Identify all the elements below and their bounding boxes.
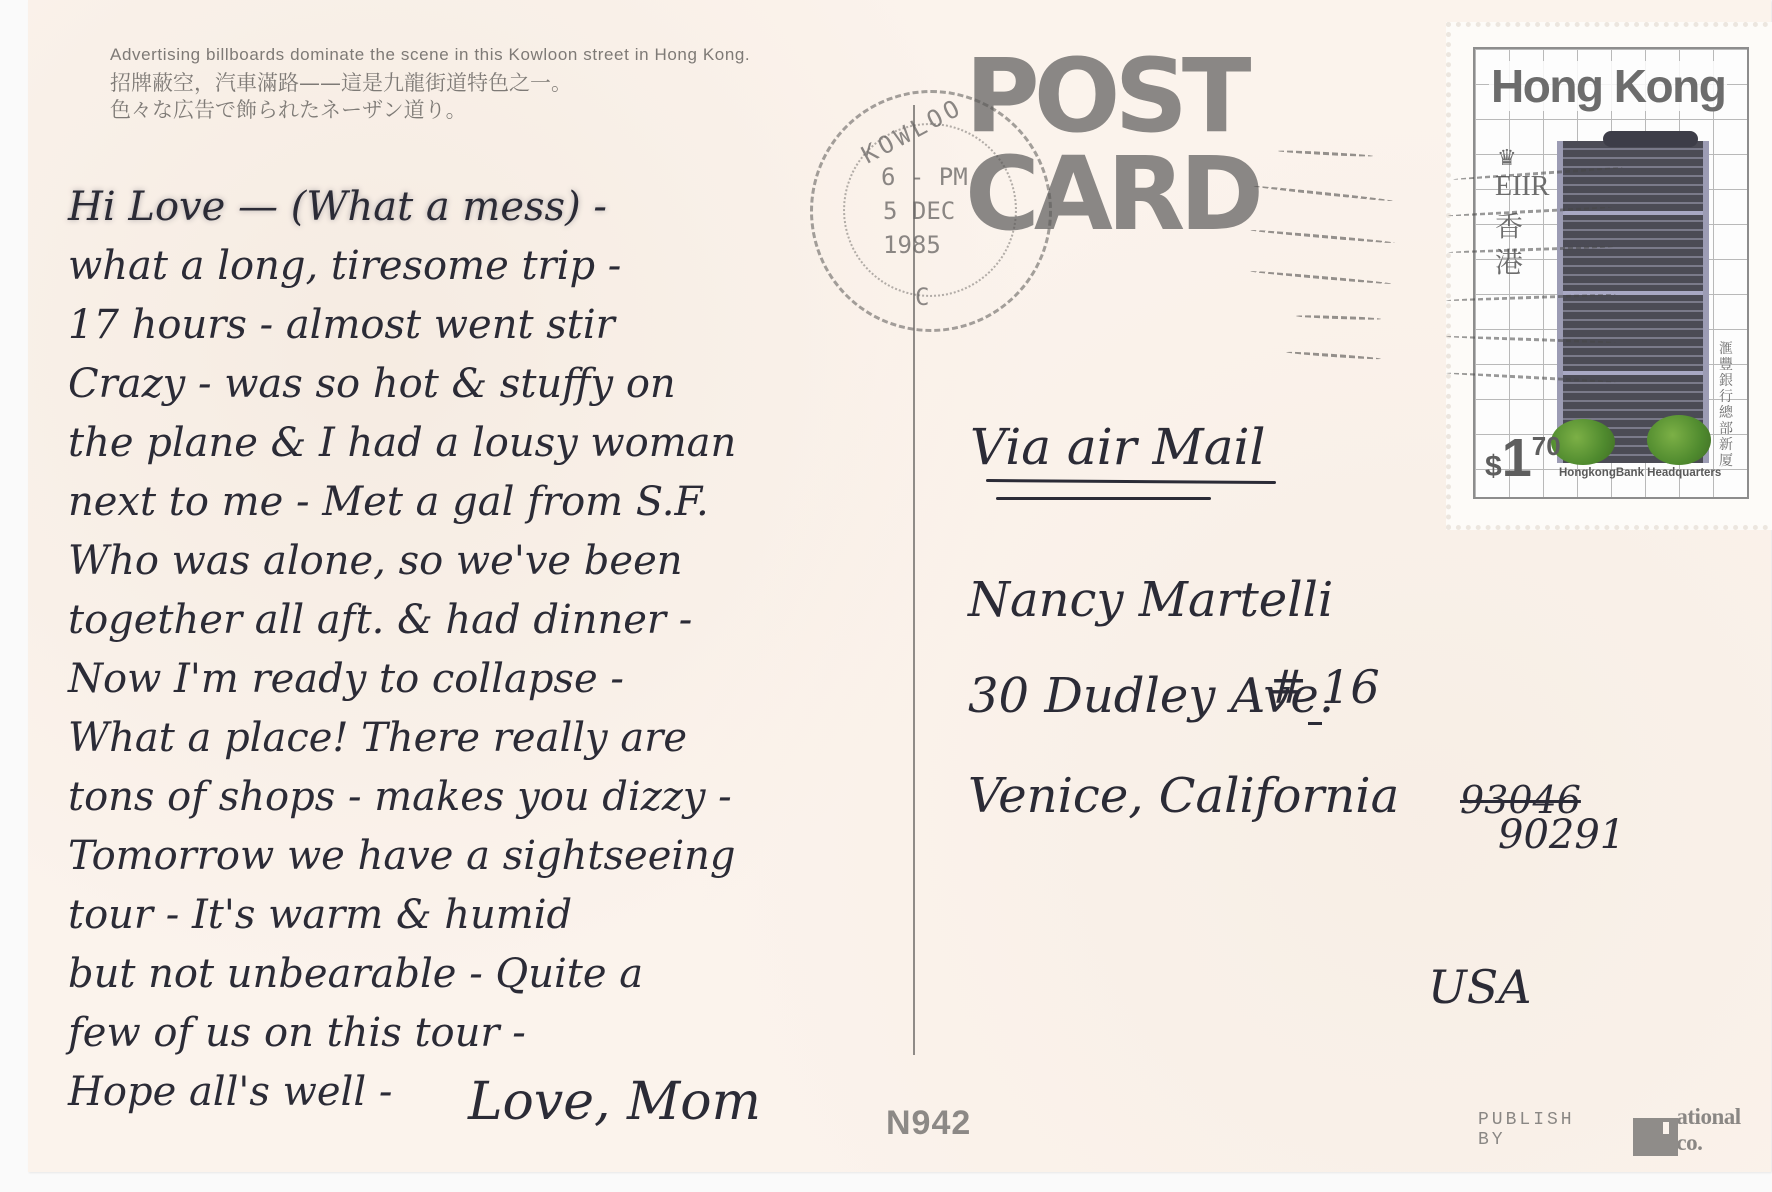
stamp-chinese-name: 香港: [1495, 209, 1527, 281]
postmark-circle: KOWLOO 6 - PM 5 DEC 1985 C: [810, 90, 1052, 332]
stamp-frame: Hong Kong ♛ EIIR 香港 滙豐銀行總部新厦 $170 Hongko…: [1473, 47, 1749, 499]
message-line: Crazy - was so hot & stuffy on: [68, 355, 736, 414]
postcard-back: Advertising billboards dominate the scen…: [28, 0, 1771, 1172]
cancel-wave-line: [1250, 270, 1392, 285]
cancel-wave-line: [1250, 229, 1395, 245]
postage-stamp: Hong Kong ♛ EIIR 香港 滙豐銀行總部新厦 $170 Hongko…: [1446, 22, 1772, 530]
stamp-value: $170: [1485, 427, 1561, 489]
value-symbol: $: [1485, 450, 1502, 483]
airmail-note: Via air Mail: [970, 418, 1266, 476]
apartment-underline: [1308, 722, 1322, 725]
postmark-date: 5 DEC: [883, 197, 955, 225]
tower-roof: [1603, 131, 1698, 147]
airmail-underline: [996, 497, 1211, 500]
message-line: Tomorrow we have a sightseeing: [68, 827, 736, 886]
publisher-credit: PUBLISH BY ational co.: [1478, 1104, 1771, 1156]
value-dollars: 1: [1502, 428, 1532, 488]
recipient-apartment: # 16: [1268, 660, 1380, 714]
photo-caption: Advertising billboards dominate the scen…: [110, 44, 870, 121]
cancel-wave-line: [1296, 315, 1381, 321]
message-line: Now I'm ready to collapse -: [68, 650, 736, 709]
postmark-code: C: [915, 283, 929, 311]
publisher-logo: ational co.: [1633, 1104, 1771, 1156]
postmark-year: 1985: [883, 231, 941, 259]
message-line: 17 hours - almost went stir: [68, 296, 736, 355]
stamp-chinese-caption: 滙豐銀行總部新厦: [1719, 341, 1735, 469]
message-line: What a place! There really are: [68, 709, 736, 768]
message-line: the plane & I had a lousy woman: [68, 414, 736, 473]
message-line: few of us on this tour -: [68, 1004, 736, 1063]
message-line: tons of shops - makes you dizzy -: [68, 768, 736, 827]
recipient-city-state: Venice, California: [968, 768, 1399, 824]
message-line: what a long, tiresome trip -: [68, 237, 736, 296]
value-cents: 70: [1532, 431, 1561, 461]
caption-chinese: 招牌蔽空，汽車滿路——這是九龍街道特色之一。: [110, 73, 870, 94]
message-line: Hi Love — (What a mess) -: [68, 178, 736, 237]
message-line: Who was alone, so we've been: [68, 532, 736, 591]
postmark-time: 6 - PM: [881, 163, 968, 191]
message-line: tour - It's warm & humid: [68, 886, 736, 945]
cancel-wave-line: [1253, 185, 1393, 203]
message-line: next to me - Met a gal from S.F.: [68, 473, 736, 532]
tree-icon: [1647, 415, 1711, 465]
publisher-name: ational co.: [1676, 1104, 1771, 1156]
cancel-wave-line: [1286, 351, 1381, 361]
message-line: but not unbearable - Quite a: [68, 945, 736, 1004]
recipient-country: USA: [1428, 960, 1532, 1014]
message-line: together all aft. & had dinner -: [68, 591, 736, 650]
caption-japanese: 色々な広告で飾られたネーザン道り。: [110, 100, 870, 121]
signature: Love, Mom: [468, 1072, 761, 1132]
cancel-wave-line: [1278, 150, 1373, 158]
airmail-underline: [986, 479, 1276, 484]
recipient-name: Nancy Martelli: [968, 572, 1333, 628]
publisher-label: PUBLISH BY: [1478, 1110, 1615, 1150]
recipient-zip: 90291: [1498, 812, 1625, 858]
stamp-label: HongkongBank Headquarters: [1559, 467, 1721, 479]
national-logo-icon: [1633, 1118, 1679, 1156]
handwritten-message: Hi Love — (What a mess) - what a long, t…: [68, 178, 736, 1122]
card-code: N942: [886, 1104, 971, 1143]
tower-truss: [1563, 211, 1703, 215]
stamp-country: Hong Kong: [1489, 61, 1727, 111]
crown-icon: ♛: [1497, 145, 1517, 171]
caption-english: Advertising billboards dominate the scen…: [110, 44, 870, 65]
tower-truss: [1563, 371, 1703, 375]
